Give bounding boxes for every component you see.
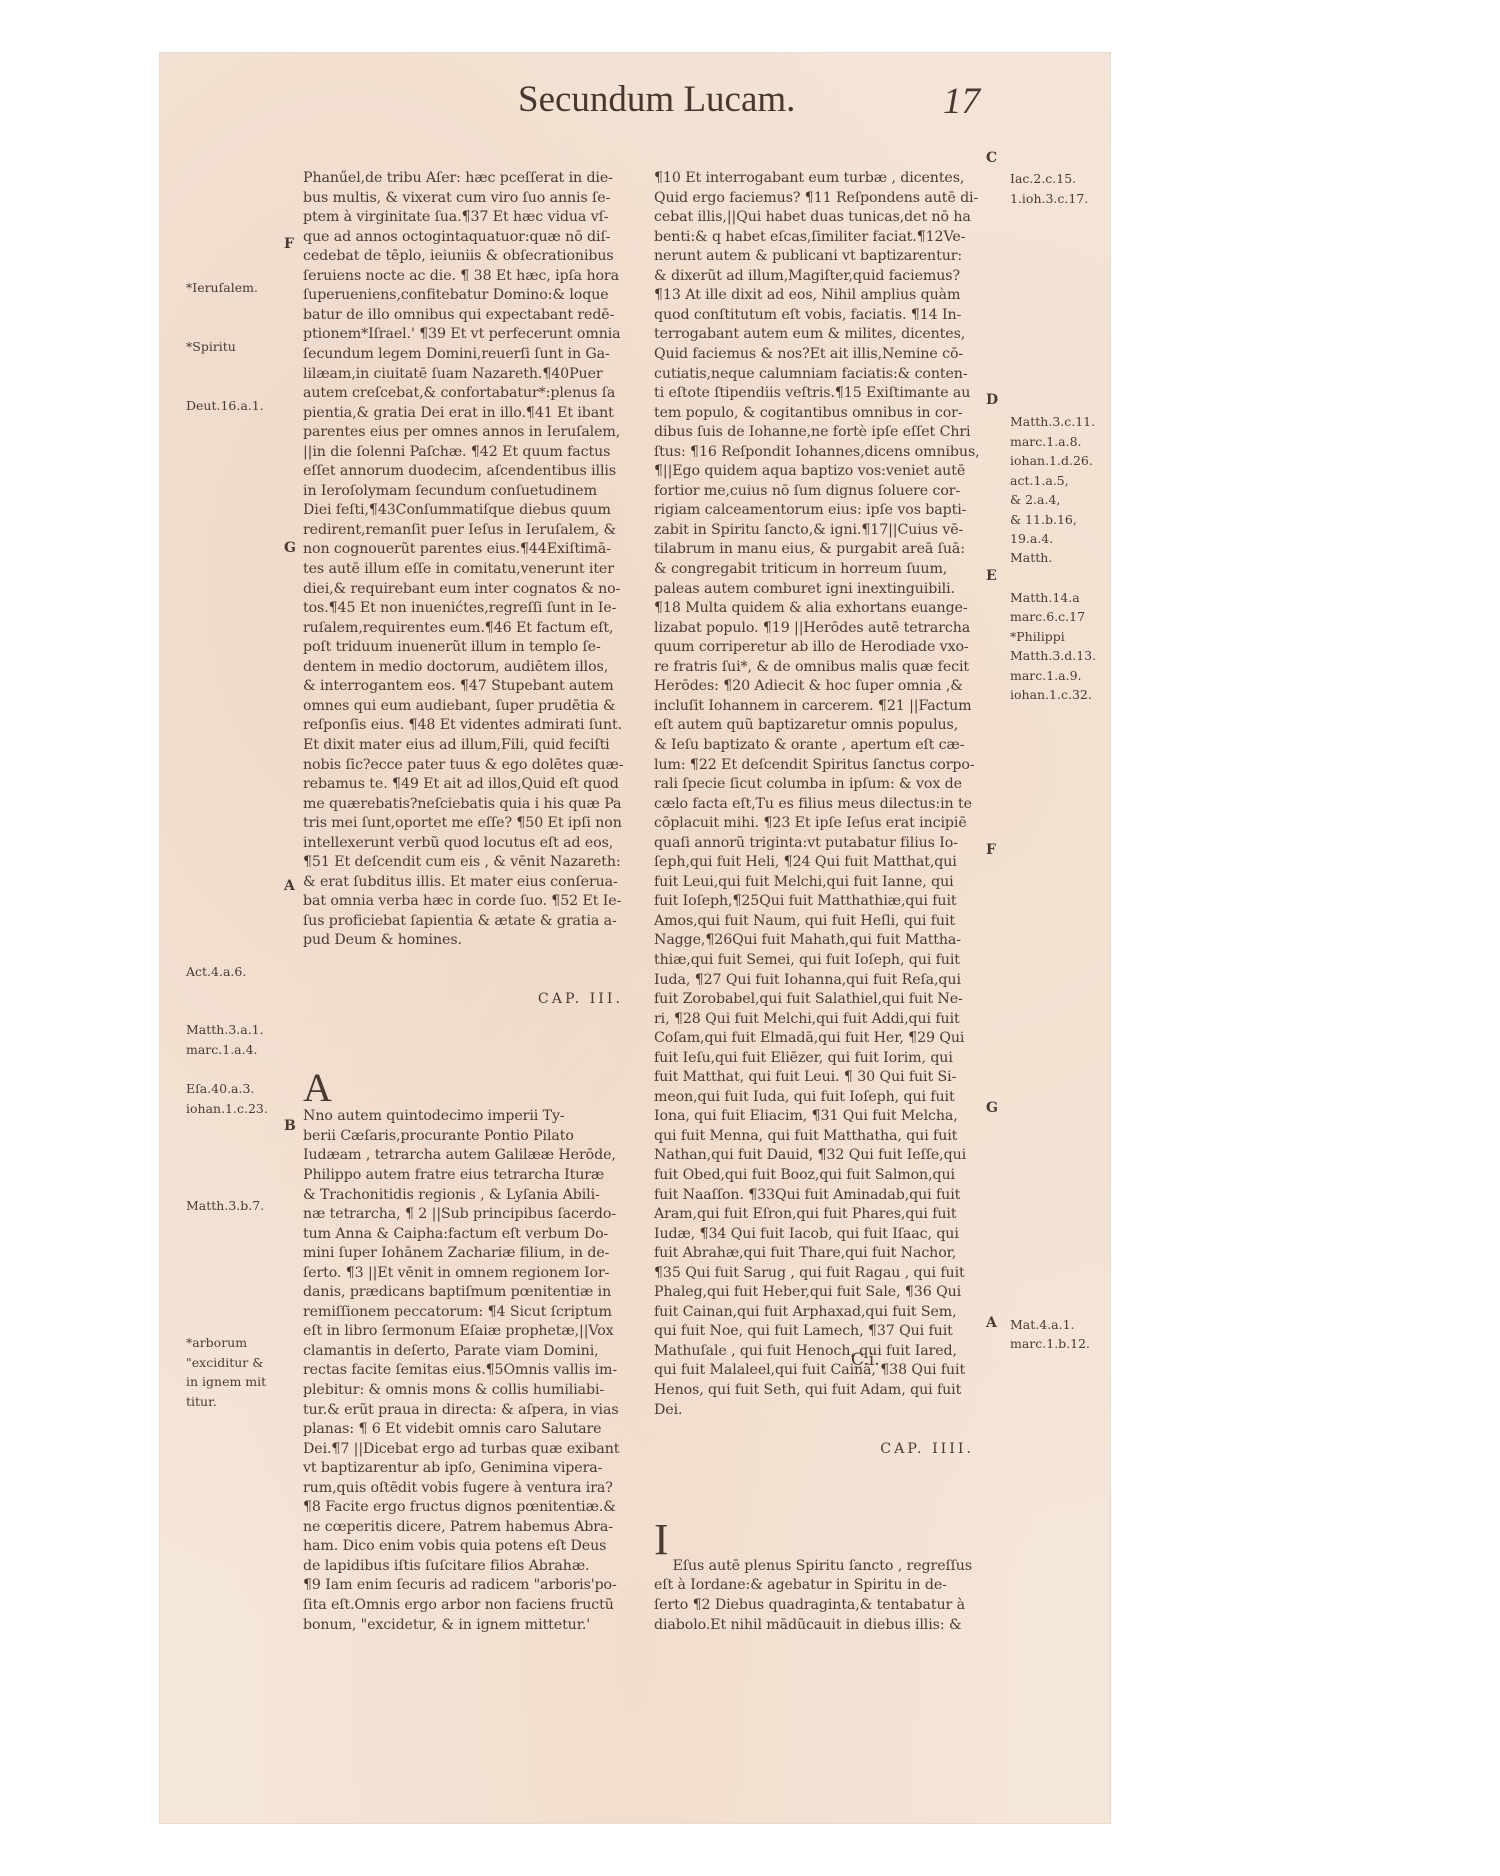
margin-note: titur. (186, 1392, 217, 1412)
text-line: fortior me,cuius nō ſum dignus ſoluere c… (654, 482, 974, 502)
text-line: tum Anna & Caipha:factum eſt verbum Do- (303, 1225, 623, 1245)
margin-note: marc.1.b.12. (1010, 1334, 1090, 1354)
section-letter: E (986, 568, 997, 584)
text-line: ſerto ¶2 Diebus quadraginta,& tentabatur… (654, 1596, 974, 1616)
text-line: thiæ,qui fuit Semei, qui fuit Ioſeph, qu… (654, 951, 974, 971)
text-line: Phanűel,de tribu Aſer: hæc pceſſerat in … (303, 169, 623, 189)
text-line: ¶51 Et deſcendit cum eis , & vēnit Nazar… (303, 853, 623, 873)
text-line: nerunt autem & publicani vt baptizarentu… (654, 247, 974, 267)
text-line: fuit Matthat, qui fuit Leui. ¶ 30 Qui fu… (654, 1068, 974, 1088)
text-line: Coſam,qui fuit Elmadā,qui fuit Her, ¶29 … (654, 1029, 974, 1049)
text-line: de lapidibus iſtis ſuſcitare filios Abra… (303, 1557, 623, 1577)
text-line: ||in die ſolenni Paſchæ. ¶42 Et quum fac… (303, 443, 623, 463)
text-line: fuit Ioſeph,¶25Qui fuit Matthathiæ,qui f… (654, 892, 974, 912)
text-line: ¶9 Iam enim ſecuris ad radicem "arboris'… (303, 1576, 623, 1596)
margin-note: act.1.a.5, (1010, 471, 1069, 491)
text-line: eſt in libro ſermonum Eſaiæ prophetæ,||V… (303, 1322, 623, 1342)
margin-note: Matth.3.c.11. (1010, 412, 1095, 432)
chapter-heading-3: CAP. III. (303, 990, 623, 1010)
section-letter: G (986, 1100, 998, 1116)
text-line: eſſet annorum duodecim, aſcendentibus il… (303, 462, 623, 482)
margin-note: *Ieruſalem. (186, 278, 258, 298)
section-letter: A (986, 1315, 997, 1331)
margin-note: Matth.14.a (1010, 588, 1080, 608)
text-line: qui fuit Noe, qui fuit Lamech, ¶37 Qui f… (654, 1322, 974, 1342)
text-line: plebitur: & omnis mons & collis humiliab… (303, 1381, 623, 1401)
text-line: pientia,& gratia Dei erat in illo.¶41 Et… (303, 404, 623, 424)
chapter-3-opening: A Nno autem quintodecimo imperii Ty-beri… (303, 1049, 623, 1675)
margin-note: iohan.1.c.23. (186, 1099, 268, 1119)
text-line: danis, prædicans baptiſmum pœnitentiæ in (303, 1283, 623, 1303)
section-letter: B (284, 1118, 296, 1134)
text-line: vt baptizarentur ab ipſo, Genimina viper… (303, 1459, 623, 1479)
text-line: Dei.¶7 ||Dicebat ergo ad turbas quæ exib… (303, 1440, 623, 1460)
margin-note: *Philippi (1010, 627, 1065, 647)
text-line: eſt à Iordane:& agebatur in Spiritu in d… (654, 1576, 974, 1596)
text-line: Mathuſale , qui fuit Henoch, qui fuit Ia… (654, 1342, 974, 1362)
section-letter: G (284, 540, 296, 556)
right-text-column: ¶10 Et interrogabant eum turbæ , dicente… (654, 130, 974, 1694)
text-line: Philippo autem fratre eius tetrarcha Itu… (303, 1166, 623, 1186)
text-line: dentem in medio doctorum, audiētem illos… (303, 658, 623, 678)
margin-note: marc.1.a.9. (1010, 666, 1082, 686)
text-line: Amos,qui fuit Naum, qui fuit Heſli, qui … (654, 912, 974, 932)
chapter-heading-4: CAP. IIII. (654, 1440, 974, 1460)
margin-note: 19.a.4. (1010, 529, 1053, 549)
margin-note: *Spiritu (186, 337, 236, 357)
folio-number: 17 (943, 80, 980, 123)
text-line: parentes eius per omnes annos in Ieruſal… (303, 423, 623, 443)
text-line: bat omnia verba hæc in corde ſuo. ¶52 Et… (303, 892, 623, 912)
text-line: Eſus autē plenus Spiritu ſancto , regreſ… (654, 1557, 974, 1577)
text-line: fuit Ieſu,qui fuit Eliēzer, qui fuit Ior… (654, 1049, 974, 1069)
margin-note: in ignem mit (186, 1372, 266, 1392)
text-line: paleas autem comburet igni inextinguibil… (654, 580, 974, 600)
text-line: bonum, "excidetur, & in ignem mittetur.' (303, 1616, 623, 1636)
text-line: Phaleg,qui fuit Heber,qui fuit Sale, ¶36… (654, 1283, 974, 1303)
margin-note: marc.1.a.4. (186, 1040, 258, 1060)
margin-note: Iac.2.c.15. (1010, 169, 1076, 189)
text-line: que ad annos octogintaquatuor:quæ nō diſ… (303, 228, 623, 248)
text-line: zabit in Spiritu ſancto,& igni.¶17||Cuiu… (654, 521, 974, 541)
text-line: Iona, qui fuit Eliacim, ¶31 Qui fuit Mel… (654, 1107, 974, 1127)
text-line: ¶18 Multa quidem & alia exhortans euange… (654, 599, 974, 619)
text-line: eſt autem quũ baptizaretur omnis populus… (654, 716, 974, 736)
margin-note: Deut.16.a.1. (186, 396, 264, 416)
text-line: ¶35 Qui fuit Sarug , qui fuit Ragau , qu… (654, 1264, 974, 1284)
left-text-column: Phanűel,de tribu Aſer: hæc pceſſerat in … (303, 130, 623, 1694)
text-line: quaſi annorũ triginta:vt putabatur filiu… (654, 834, 974, 854)
text-line: ſtus: ¶16 Reſpondit Iohannes,dicens omni… (654, 443, 974, 463)
text-line: Aram,qui fuit Eſron,qui fuit Phares,qui … (654, 1205, 974, 1225)
text-line: næ tetrarcha, ¶ 2 ||Sub principibus ſace… (303, 1205, 623, 1225)
text-line: tilabrum in manu eius, & purgabit areā ſ… (654, 540, 974, 560)
text-line: & interrogantem eos. ¶47 Stupebant autem (303, 677, 623, 697)
margin-note: Matth. (1010, 548, 1052, 568)
section-letter: D (986, 392, 998, 408)
margin-note: iohan.1.d.26. (1010, 451, 1093, 471)
text-line: & Ieſu baptizato & orante , apertum eſt … (654, 736, 974, 756)
text-line: tem populo, & cogitantibus omnibus in co… (654, 404, 974, 424)
text-line: ¶10 Et interrogabant eum turbæ , dicente… (654, 169, 974, 189)
text-line: in Ieroſolymam ſecundum conſuetudinem (303, 482, 623, 502)
text-line: tos.¶45 Et non inuenićtes,regreſſi ſunt … (303, 599, 623, 619)
margin-note: iohan.1.c.32. (1010, 685, 1092, 705)
text-line: ham. Dico enim vobis quia potens eſt Deu… (303, 1537, 623, 1557)
margin-note: Eſa.40.a.3. (186, 1079, 254, 1099)
chapter-4-lines: Eſus autē plenus Spiritu ſancto , regreſ… (654, 1557, 974, 1635)
text-line: autem creſcebat,& confortabatur*:plenus … (303, 384, 623, 404)
text-line: quod conſtitutum eſt vobis, faciatis. ¶1… (654, 306, 974, 326)
text-line: lilæam,in ciuitatē ſuam Nazareth.¶40Puer (303, 365, 623, 385)
section-letter: F (986, 842, 996, 858)
margin-note: marc.6.c.17 (1010, 607, 1085, 627)
text-line: reſponſis eius. ¶48 Et videntes admirati… (303, 716, 623, 736)
text-line: ri, ¶28 Qui fuit Melchi,qui fuit Addi,qu… (654, 1010, 974, 1030)
text-line: Henos, qui fuit Seth, qui fuit Adam, qui… (654, 1381, 974, 1401)
chapter-4-opening: I Eſus autē plenus Spiritu ſancto , regr… (654, 1498, 974, 1674)
text-line: cælo facta eſt,Tu es filius meus dilectu… (654, 795, 974, 815)
text-line: non cognouerũt parentes eius.¶44Exiſtimā… (303, 540, 623, 560)
text-line: ¶||Ego quidem aqua baptizo vos:veniet au… (654, 462, 974, 482)
text-line: ptem à virginitate ſua.¶37 Et hæc vidua … (303, 208, 623, 228)
text-line: fuit Zorobabel,qui fuit Salathiel,qui fu… (654, 990, 974, 1010)
text-line: rali ſpecie ſicut columba in ipſum: & vo… (654, 775, 974, 795)
text-line: poſt triduum inuenerũt illum in templo ſ… (303, 638, 623, 658)
text-line: qui fuit Malaleel,qui fuit Cainā, ¶38 Qu… (654, 1361, 974, 1381)
margin-note: Matth.3.a.1. (186, 1020, 264, 1040)
text-line: tris mei ſunt,oportet me eſſe? ¶50 Et ip… (303, 814, 623, 834)
text-line: Nagge,¶26Qui fuit Mahath,qui fuit Mattha… (654, 931, 974, 951)
text-line: & Trachonitidis regionis , & Lyſania Abi… (303, 1186, 623, 1206)
text-line: rebamus te. ¶49 Et ait ad illos,Quid eſt… (303, 775, 623, 795)
text-line: berii Cæſaris,procurante Pontio Pilato (303, 1127, 623, 1147)
text-line: Diei feſti,¶43Conſummatiſque diebus quum (303, 501, 623, 521)
text-line: Nathan,qui fuit Dauid, ¶32 Qui fuit Ieſſ… (654, 1146, 974, 1166)
text-line: diabolo.Et nihil mādũcauit in diebus ill… (654, 1616, 974, 1636)
text-line: Iudæ, ¶34 Qui fuit Iacob, qui fuit Iſaac… (654, 1225, 974, 1245)
running-head-title: Secundum Lucam. (518, 78, 795, 121)
text-line: & erat ſubditus illis. Et mater eius con… (303, 873, 623, 893)
text-line: quum corriperetur ab illo de Herodiade v… (654, 638, 974, 658)
text-line: ¶8 Facite ergo fructus dignos pœnitentiæ… (303, 1498, 623, 1518)
text-line: & congregabit triticum in horreum ſuum, (654, 560, 974, 580)
text-line: qui fuit Menna, qui fuit Matthatha, qui … (654, 1127, 974, 1147)
signature-mark: C.i. (851, 1350, 880, 1370)
text-line: clamantis in deſerto, Parate viam Domini… (303, 1342, 623, 1362)
margin-note: 1.ioh.3.c.17. (1010, 189, 1088, 209)
section-letter: F (284, 236, 294, 252)
margin-note: marc.1.a.8. (1010, 432, 1082, 452)
text-line: fuit Cainan,qui fuit Arphaxad,qui fuit S… (654, 1303, 974, 1323)
drop-cap-A: A (303, 1070, 332, 1106)
text-line: ptionem*Iſrael.' ¶39 Et vt perfecerunt o… (303, 325, 623, 345)
text-line: cōplacuit mihi. ¶23 Et ipſe Ieſus erat i… (654, 814, 974, 834)
margin-note: Matth.3.b.7. (186, 1196, 264, 1216)
text-line: cutiatis,neque calumniam faciatis:& cont… (654, 365, 974, 385)
text-line: Quid faciemus & nos?Et ait illis,Nemine … (654, 345, 974, 365)
drop-cap-I: I (654, 1520, 669, 1560)
text-line: ſuperueniens,confitebatur Domino:& loque (303, 286, 623, 306)
text-line: ¶13 At ille dixit ad eos, Nihil amplius … (654, 286, 974, 306)
text-line: Dei. (654, 1401, 974, 1421)
text-line: omnes qui eum audiebant, ſuper prudētia … (303, 697, 623, 717)
text-line: lizabat populo. ¶19 ||Herōdes autē tetra… (654, 619, 974, 639)
text-line: mini ſuper Iohānem Zachariæ filium, in d… (303, 1244, 623, 1264)
margin-note: Act.4.a.6. (186, 962, 246, 982)
text-line: ſecundum legem Domini,reuerſi ſunt in Ga… (303, 345, 623, 365)
text-line: fuit Abrahæ,qui fuit Thare,qui fuit Nach… (654, 1244, 974, 1264)
text-line: tur.& erũt praua in directa: & aſpera, i… (303, 1401, 623, 1421)
right-column-lines: ¶10 Et interrogabant eum turbæ , dicente… (654, 169, 974, 1420)
text-line: remiſſionem peccatorum: ¶4 Sicut ſcriptu… (303, 1303, 623, 1323)
text-line: fuit Naaſſon. ¶33Qui fuit Aminadab,qui f… (654, 1186, 974, 1206)
text-line: Nno autem quintodecimo imperii Ty- (303, 1107, 623, 1127)
text-line: ſeph,qui fuit Heli, ¶24 Qui fuit Matthat… (654, 853, 974, 873)
text-line: ſita eſt.Omnis ergo arbor non faciens fr… (303, 1596, 623, 1616)
text-line: me quærebatis?neſciebatis quia i his quæ… (303, 795, 623, 815)
text-line: meon,qui fuit Iuda, qui fuit Ioſeph, qui… (654, 1088, 974, 1108)
text-line: diei,& requirebant eum inter cognatos & … (303, 580, 623, 600)
margin-note: & 2.a.4, (1010, 490, 1060, 510)
text-line: & dixerũt ad illum,Magiſter,quid faciemu… (654, 267, 974, 287)
margin-note: & 11.b.16, (1010, 510, 1077, 530)
chapter-3-lines: Nno autem quintodecimo imperii Ty-berii … (303, 1107, 623, 1635)
text-line: re fratris ſui*, & de omnibus malis quæ … (654, 658, 974, 678)
text-line: cedebat de tēplo, ieiuniis & obſecration… (303, 247, 623, 267)
margin-note: *arborum (186, 1333, 247, 1353)
text-line: ne cœperitis dicere, Patrem habemus Abra… (303, 1518, 623, 1538)
section-letter: C (986, 150, 997, 166)
text-line: benti:& q habet eſcas,ſimiliter faciat.¶… (654, 228, 974, 248)
text-line: batur de illo omnibus qui expectabant re… (303, 306, 623, 326)
margin-note: "exciditur & (186, 1353, 263, 1373)
text-line: ruſalem,requirentes eum.¶46 Et factum eſ… (303, 619, 623, 639)
text-line: intellexerunt verbũ quod locutus eſt ad … (303, 834, 623, 854)
text-line: cebat illis,||Qui habet duas tunicas,det… (654, 208, 974, 228)
margin-note: Mat.4.a.1. (1010, 1315, 1075, 1335)
text-line: terrogabant autem eum & milites, dicente… (654, 325, 974, 345)
text-line: ſerto. ¶3 ||Et vēnit in omnem regionem I… (303, 1264, 623, 1284)
text-line: Iudæam , tetrarcha autem Galilææ Herōde, (303, 1146, 623, 1166)
text-line: pud Deum & homines. (303, 931, 623, 951)
text-line: planas: ¶ 6 Et videbit omnis caro Saluta… (303, 1420, 623, 1440)
text-line: tes autē illum eſſe in comitatu,venerunt… (303, 560, 623, 580)
text-line: rectas facite ſemitas eius.¶5Omnis valli… (303, 1361, 623, 1381)
text-line: incluſit Iohannem in carcerem. ¶21 ||Fac… (654, 697, 974, 717)
text-line: fuit Leui,qui fuit Melchi,qui fuit Ianne… (654, 873, 974, 893)
text-line: dibus ſuis de Iohanne,ne fortè ipſe eſſe… (654, 423, 974, 443)
text-line: fuit Obed,qui fuit Booz,qui fuit Salmon,… (654, 1166, 974, 1186)
section-letter: A (284, 878, 295, 894)
text-line: Iuda, ¶27 Qui fuit Iohanna,qui fuit Reſa… (654, 971, 974, 991)
text-line: nobis ſic?ecce pater tuus & ego dolētes … (303, 756, 623, 776)
text-line: ſus proficiebat ſapientia & ætate & grat… (303, 912, 623, 932)
text-line: ti eſtote ſtipendiis veſtris.¶15 Exiſtim… (654, 384, 974, 404)
text-line: rigiam calceamentorum eius: ipſe vos bap… (654, 501, 974, 521)
text-line: bus multis, & vixerat cum viro ſuo annis… (303, 189, 623, 209)
margin-note: Matth.3.d.13. (1010, 646, 1096, 666)
text-line: rum,quis oſtēdit vobis fugere à ventura … (303, 1479, 623, 1499)
text-line: Et dixit mater eius ad illum,Fili, quid … (303, 736, 623, 756)
text-line: redirent,remanſit puer Ieſus in Ieruſale… (303, 521, 623, 541)
text-line: Quid ergo faciemus? ¶11 Reſpondens autē … (654, 189, 974, 209)
text-line: lum: ¶22 Et deſcendit Spiritus ſanctus c… (654, 756, 974, 776)
text-line: Herōdes: ¶20 Adiecit & hoc ſuper omnia ,… (654, 677, 974, 697)
left-column-lines: Phanűel,de tribu Aſer: hæc pceſſerat in … (303, 169, 623, 951)
text-line: ſeruiens nocte ac die. ¶ 38 Et hæc, ipſa… (303, 267, 623, 287)
